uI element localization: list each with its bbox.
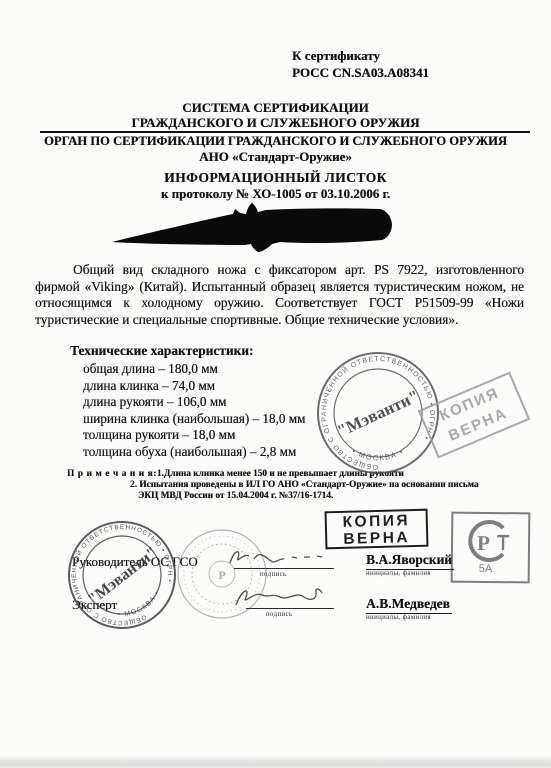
- stamp-city-text: • МОСКВА •: [350, 447, 405, 463]
- cert-ref-label: К сертификату: [292, 47, 429, 64]
- rst-conformity-mark: Р 5А: [451, 512, 531, 584]
- rst-letter-p: Р: [477, 531, 490, 555]
- certificate-reference: К сертификату РОСС CN.SA03.A08341: [292, 47, 429, 81]
- specs-list: общая длина – 180,0 мм длина клинка – 74…: [83, 361, 305, 460]
- scanned-certificate-page: К сертификату РОСС CN.SA03.A08341 СИСТЕМ…: [0, 0, 551, 768]
- rst-mark-graphic: Р 5А: [453, 514, 529, 582]
- round-stamp-mevanti-lower: ОБЩЕСТВО С ОГРАНИЧЕННОЙ ОТВЕТСТВЕННОСТЬЮ…: [57, 510, 187, 640]
- svg-text:• МОСКВА •: • МОСКВА •: [350, 447, 405, 463]
- copy-verna-stamp-box: КОПИЯ ВЕРНА: [325, 509, 429, 550]
- name-caption-1: инициалы, фамилия: [366, 570, 431, 577]
- cert-ref-number: РОСС CN.SA03.A08341: [292, 64, 429, 81]
- header-org-name: АНО «Стандарт-Оружие»: [0, 149, 551, 165]
- notes-line1: П р и м е ч а н и я:1.Длина клинка менее…: [67, 469, 404, 479]
- signer-name-medvedev: А.В.Медведев: [366, 596, 452, 614]
- header-organ-line: ОРГАН ПО СЕРТИФИКАЦИИ ГРАЖДАНСКОГО И СЛУ…: [0, 134, 551, 149]
- signature-line-1: [234, 568, 334, 569]
- rst-body-code: 5А: [479, 563, 493, 575]
- header-system-line2: ГРАЖДАНСКОГО И СЛУЖЕБНОГО ОРУЖИЯ: [0, 115, 551, 131]
- header-system-line1: СИСТЕМА СЕРТИФИКАЦИИ: [0, 100, 551, 116]
- notes-line2: 2. Испытания проведены в ИЛ ГО АНО «Стан…: [130, 480, 479, 490]
- svg-text:ОБЩЕСТВО С ОГРАНИЧЕННОЙ ОТВЕТС: ОБЩЕСТВО С ОГРАНИЧЕННОЙ ОТВЕТСТВЕННОСТЬЮ…: [57, 510, 187, 640]
- role-expert: Эксперт: [72, 597, 117, 613]
- signature-caption-1: подпись: [260, 571, 287, 578]
- name-caption-2: инициалы, фамилия: [366, 614, 431, 621]
- spec-item-spine-thickness: толщина обуха (наибольшая) – 2,8 мм: [83, 444, 305, 461]
- scan-shadow-artifact: [0, 754, 551, 768]
- signature-caption-2: подпись: [266, 611, 293, 618]
- header-divider: [40, 131, 530, 133]
- specs-title: Технические характеристики:: [70, 343, 253, 359]
- stamp-ring-text: ОБЩЕСТВО С ОГРАНИЧЕННОЙ ОТВЕТСТВЕННОСТЬЮ…: [57, 510, 187, 640]
- signer-name-yavorsky: В.А.Яворский: [366, 552, 454, 570]
- svg-text:• МОСКВА •: • МОСКВА •: [115, 588, 166, 625]
- role-head-of-body: Руководитель ОС ГСО: [72, 554, 198, 570]
- spec-item-handle-length: длина рукояти – 106,0 мм: [83, 394, 305, 411]
- signature-line-2: [246, 608, 334, 609]
- knife-photo: [100, 200, 400, 260]
- spec-item-blade-length: длина клинка – 74,0 мм: [83, 378, 305, 395]
- notes-label: П р и м е ч а н и я:: [67, 469, 157, 479]
- spec-item-blade-width: ширина клинка (наибольшая) – 18,0 мм: [83, 411, 305, 428]
- page-title: ИНФОРМАЦИОННЫЙ ЛИСТОК: [0, 170, 551, 186]
- description-paragraph: Общий вид складного ножа с фиксатором ар…: [35, 262, 524, 328]
- notes-text1: 1.Длина клинка менее 150 и не превышает …: [157, 469, 404, 479]
- copy-verna-stamp-tilted: КОПИЯ ВЕРНА: [418, 372, 530, 459]
- notes-line3: ЭКЦ МВД России от 15.04.2004 г. №37/16-1…: [138, 491, 333, 501]
- stamp-city-text: • МОСКВА •: [115, 588, 166, 625]
- spec-item-handle-thickness: толщина рукояти – 18,0 мм: [83, 427, 305, 444]
- copy-word2: ВЕРНА: [327, 529, 426, 549]
- stamp-center-name: "Мэванти": [334, 386, 422, 440]
- spec-item-overall-length: общая длина – 180,0 мм: [83, 361, 305, 378]
